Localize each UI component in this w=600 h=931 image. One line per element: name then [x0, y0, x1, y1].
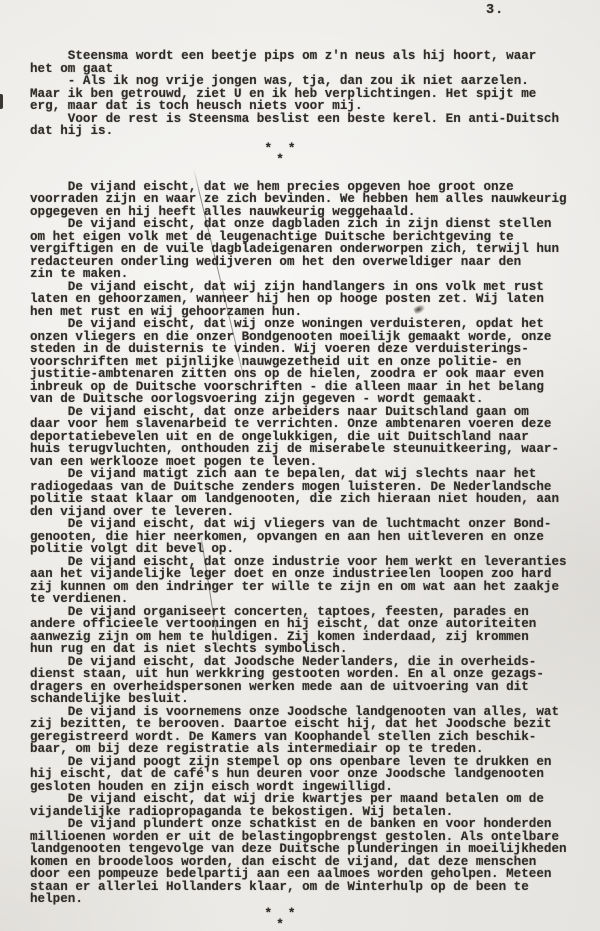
- body-paragraph: De vijand poogt zijn stempel op ons open…: [30, 756, 596, 794]
- body-paragraph: De vijand matigt zich aan te bepalen, da…: [30, 468, 596, 518]
- body-paragraph: De vijand eischt, dat wij vliegers van d…: [30, 518, 596, 556]
- body-paragraph: De vijand eischt, dat onze dagbladen zic…: [30, 218, 596, 281]
- page-number: 3.: [486, 3, 504, 18]
- body-section: De vijand eischt, dat we hem precies opg…: [30, 181, 596, 906]
- intro-paragraph: Steensma wordt een beetje pips om z'n ne…: [30, 50, 596, 75]
- scanned-document-page: 3. Steensma wordt een beetje pips om z'n…: [0, 0, 600, 931]
- intro-paragraph: - Als ik nog vrije jongen was, tja, dan …: [30, 75, 596, 113]
- body-paragraph: De vijand is voornemens onze Joodsche la…: [30, 706, 596, 756]
- body-paragraph: De vijand eischt, dat wij zijn handlange…: [30, 281, 596, 319]
- body-paragraph: De vijand eischt, dat onze industrie voo…: [30, 556, 596, 606]
- body-paragraph: De vijand eischt, dat onze arbeiders naa…: [30, 406, 596, 469]
- body-paragraph: De vijand eischt, dat wij onze woningen …: [30, 318, 596, 406]
- asterisk-row: *: [30, 919, 530, 930]
- intro-section: Steensma wordt een beetje pips om z'n ne…: [30, 50, 596, 138]
- body-paragraph: De vijand eischt, dat Joodsche Nederland…: [30, 656, 596, 706]
- scan-artifact: [0, 94, 3, 109]
- section-separator: * * *: [30, 908, 530, 930]
- document-content: Steensma wordt een beetje pips om z'n ne…: [30, 50, 596, 930]
- section-separator: * * *: [30, 143, 530, 165]
- body-paragraph: De vijand plundert onze schatkist en de …: [30, 818, 596, 906]
- body-paragraph: De vijand eischt, dat wij drie kwartjes …: [30, 793, 596, 818]
- asterisk-row: *: [30, 154, 530, 165]
- body-paragraph: De vijand eischt, dat we hem precies opg…: [30, 181, 596, 219]
- body-paragraph: De vijand organiseert concerten, taptoes…: [30, 606, 596, 656]
- intro-paragraph: Voor de rest is Steensma beslist een bes…: [30, 113, 596, 138]
